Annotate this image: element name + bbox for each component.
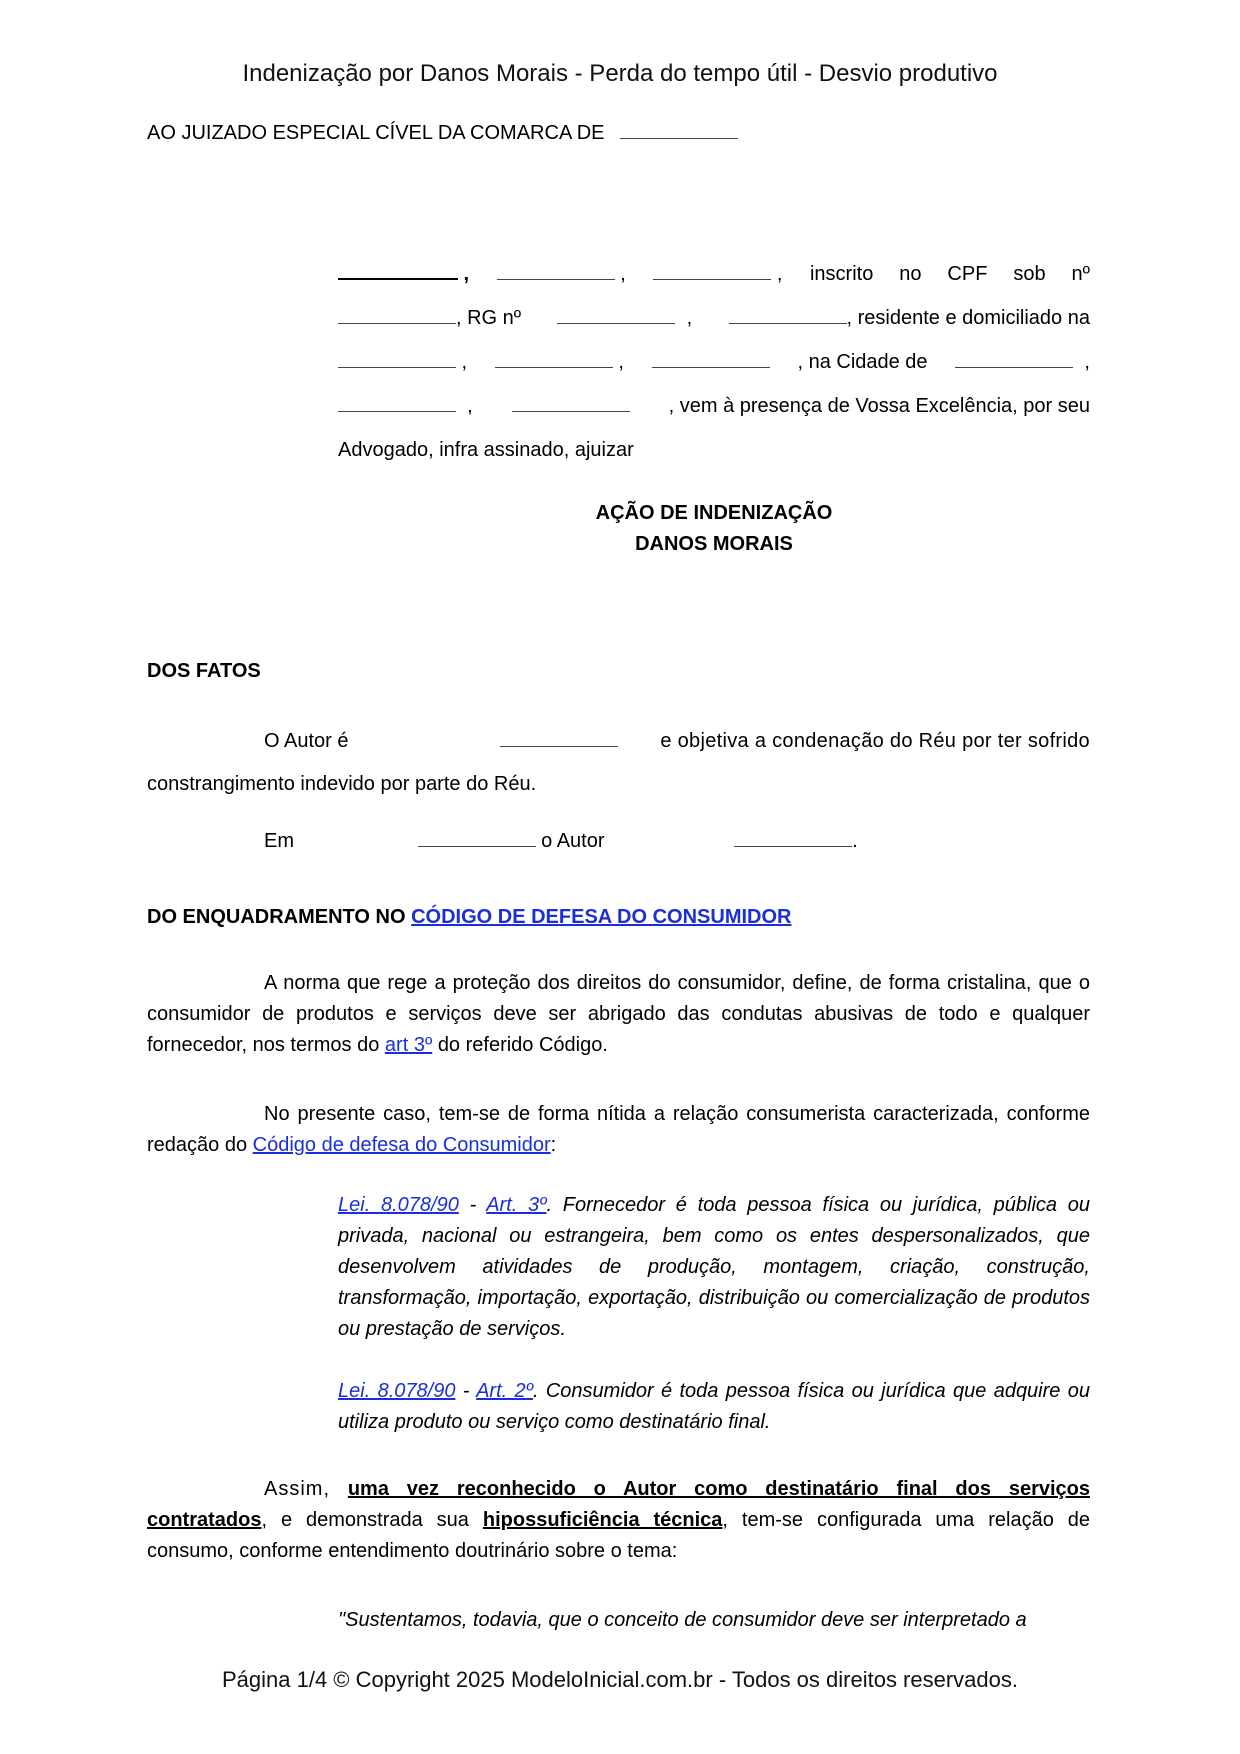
court-address-text: AO JUIZADO ESPECIAL CÍVEL DA COMARCA DE — [147, 122, 605, 144]
legal-quote-art-3: Lei. 8.078/90 - Art. 3º. Fornecedor é to… — [338, 1190, 1090, 1345]
cdc-paragraph-1: A norma que rege a proteção dos direitos… — [147, 968, 1090, 1061]
page-title: Indenização por Danos Morais - Perda do … — [0, 60, 1240, 88]
legal-quote-art-2: Lei. 8.078/90 - Art. 2º. Consumidor é to… — [338, 1376, 1090, 1438]
page-footer: Página 1/4 © Copyright 2025 ModeloInicia… — [0, 1667, 1240, 1693]
art-3-quote-link[interactable]: Art. 3º — [486, 1194, 546, 1216]
comarca-blank — [620, 124, 738, 139]
profession-blank — [729, 309, 847, 324]
party-line-3: , , , na Cidade de , — [338, 340, 1090, 384]
law-8078-link[interactable]: Lei. 8.078/90 — [338, 1194, 459, 1216]
art-3-link[interactable]: art 3º — [385, 1034, 432, 1056]
cdc-heading: DO ENQUADRAMENTO NO CÓDIGO DE DEFESA DO … — [147, 906, 791, 929]
zip-blank — [512, 397, 630, 412]
marital-status-blank — [653, 265, 771, 280]
party-line-2: , RG nº , , residente e domiciliado na — [338, 296, 1090, 340]
number-blank — [495, 353, 613, 368]
street-blank — [338, 353, 456, 368]
emphasis-hyposufficiency: hipossuficiência técnica — [483, 1509, 723, 1531]
cdc-heading-link[interactable]: CÓDIGO DE DEFESA DO CONSUMIDOR — [411, 906, 791, 928]
event-blank — [734, 832, 852, 847]
state-blank — [338, 397, 456, 412]
nationality-blank — [497, 265, 615, 280]
cdc-paragraph-3: Assim, uma vez reconhecido o Autor como … — [147, 1474, 1090, 1567]
autor-description-blank — [500, 732, 618, 747]
city-blank — [955, 353, 1073, 368]
cdc-paragraph-2: No presente caso, tem-se de forma nítida… — [147, 1099, 1090, 1161]
date-blank — [418, 832, 536, 847]
cpf-label: inscritonoCPFsobnº — [810, 252, 1090, 296]
rg-blank — [557, 309, 675, 324]
cdc-code-link[interactable]: Código de defesa do Consumidor — [253, 1134, 551, 1156]
facts-paragraph-2: Em o Autor . — [147, 826, 1090, 857]
party-block: , , , inscritonoCPFsobnº , RG nº , , res… — [338, 252, 1090, 472]
party-line-1: , , , inscritonoCPFsobnº — [338, 252, 1090, 296]
court-address: AO JUIZADO ESPECIAL CÍVEL DA COMARCA DE — [147, 122, 738, 145]
doctrine-quote: "Sustentamos, todavia, que o conceito de… — [338, 1605, 1090, 1636]
district-blank — [652, 353, 770, 368]
party-line-5: Advogado, infra assinado, ajuizar — [338, 428, 1090, 472]
law-8078-link[interactable]: Lei. 8.078/90 — [338, 1380, 455, 1402]
name-blank — [338, 264, 458, 280]
facts-heading: DOS FATOS — [147, 660, 261, 683]
cpf-blank — [338, 309, 456, 324]
action-title: AÇÃO DE INDENIZAÇÃO DANOS MORAIS — [338, 498, 1090, 560]
facts-paragraph-1: O Autor é e objetiva a condenação do Réu… — [147, 720, 1090, 806]
art-2-quote-link[interactable]: Art. 2º — [476, 1380, 533, 1402]
party-line-4: , , vem à presença de Vossa Excelência, … — [338, 384, 1090, 428]
